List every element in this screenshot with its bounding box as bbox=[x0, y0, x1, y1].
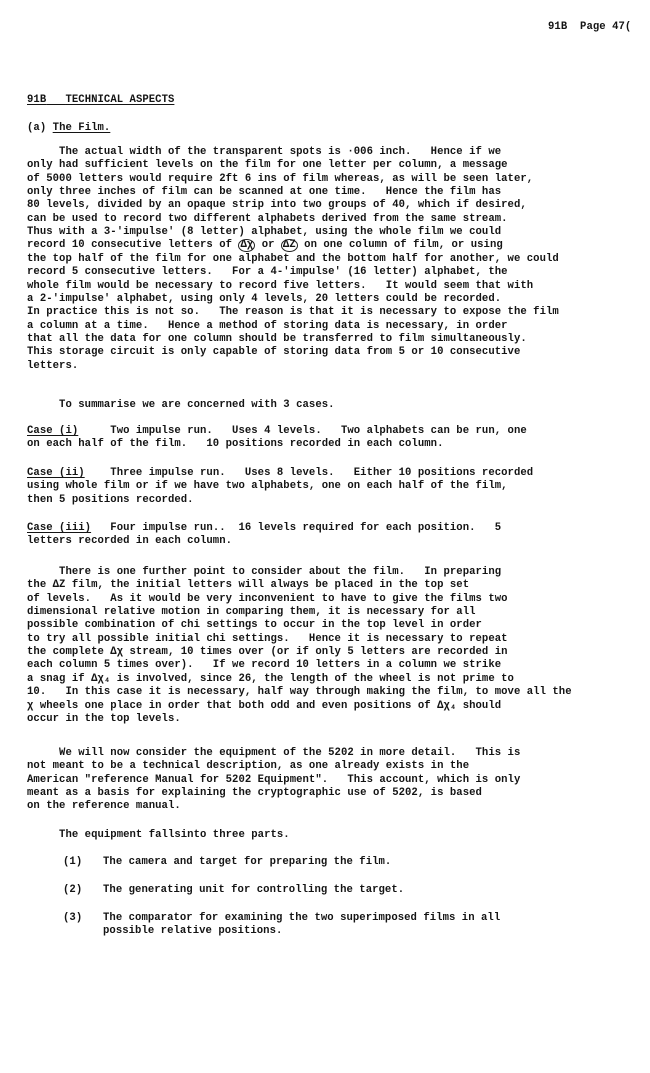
paragraph-line: a column at a time. Hence a method of st… bbox=[27, 320, 508, 333]
part-text: possible relative positions. bbox=[103, 925, 282, 937]
paragraph-line: each column 5 times over). If we record … bbox=[27, 659, 501, 672]
case-line: then 5 positions recorded. bbox=[27, 494, 194, 507]
paragraph-line: whole film would be necessary to record … bbox=[27, 280, 533, 293]
case-line: on each half of the film. 10 positions r… bbox=[27, 438, 443, 451]
equipment-part-line: (2)The generating unit for controlling t… bbox=[63, 884, 404, 897]
case-label: Case (i) bbox=[27, 425, 78, 437]
case-line: Case (iii) Four impulse run.. 16 levels … bbox=[27, 522, 501, 535]
part-text: The camera and target for preparing the … bbox=[103, 856, 391, 868]
section-title: TECHNICAL ASPECTS bbox=[65, 94, 174, 106]
subsection-heading: (a) The Film. bbox=[27, 122, 110, 134]
part-text: The generating unit for controlling the … bbox=[103, 884, 404, 896]
equipment-part-line: (3)The comparator for examining the two … bbox=[63, 912, 500, 925]
paragraph-line: The actual width of the transparent spot… bbox=[27, 146, 501, 159]
part-number: (1) bbox=[63, 856, 103, 869]
paragraph-line: Thus with a 3-'impulse' (8 letter) alpha… bbox=[27, 226, 501, 239]
paragraph-line: record 10 consecutive letters of Δχ or Δ… bbox=[27, 239, 503, 252]
paragraph-line: We will now consider the equipment of th… bbox=[27, 747, 520, 760]
paragraph-line: the complete Δχ stream, 10 times over (o… bbox=[27, 646, 508, 659]
paragraph-line: In practice this is not so. The reason i… bbox=[27, 306, 559, 319]
paragraph-line: This storage circuit is only capable of … bbox=[27, 346, 520, 359]
paragraph-line: letters. bbox=[27, 360, 78, 373]
paragraph-line: only three inches of film can be scanned… bbox=[27, 186, 501, 199]
equipment-part-line: (1)The camera and target for preparing t… bbox=[63, 856, 391, 869]
paragraph-line: a snag if Δχ₄ is involved, since 26, the… bbox=[27, 673, 514, 686]
case-line: Case (i) Two impulse run. Uses 4 levels.… bbox=[27, 425, 527, 438]
circled-symbol: Δχ bbox=[238, 239, 255, 252]
document-page: 91B Page 47( 91B TECHNICAL ASPECTS (a) T… bbox=[0, 0, 650, 1073]
summary-line: To summarise we are concerned with 3 cas… bbox=[27, 399, 335, 412]
section-heading: 91B TECHNICAL ASPECTS bbox=[27, 94, 174, 106]
subsection-title: The Film. bbox=[53, 122, 111, 134]
case-line: letters recorded in each column. bbox=[27, 535, 232, 548]
paragraph-line: to try all possible initial chi settings… bbox=[27, 633, 508, 646]
paragraph-line: χ wheels one place in order that both od… bbox=[27, 700, 501, 713]
paragraph-line: possible combination of chi settings to … bbox=[27, 619, 482, 632]
paragraph-line: meant as a basis for explaining the cryp… bbox=[27, 787, 482, 800]
case-line: Case (ii) Three impulse run. Uses 8 leve… bbox=[27, 467, 533, 480]
paragraph-line: of 5000 letters would require 2ft 6 ins … bbox=[27, 173, 533, 186]
section-number: 91B bbox=[27, 94, 46, 106]
page-reference: 91B Page 47( bbox=[548, 21, 631, 33]
paragraph-line: not meant to be a technical description,… bbox=[27, 760, 469, 773]
paragraph-line: a 2-'impulse' alphabet, using only 4 lev… bbox=[27, 293, 501, 306]
equipment-intro-line: The equipment fallsinto three parts. bbox=[27, 829, 290, 842]
paragraph-line: There is one further point to consider a… bbox=[27, 566, 501, 579]
case-label: Case (iii) bbox=[27, 522, 91, 534]
paragraph-line: dimensional relative motion in comparing… bbox=[27, 606, 476, 619]
paragraph-line: the ΔZ film, the initial letters will al… bbox=[27, 579, 469, 592]
paragraph-line: the top half of the film for one alphabe… bbox=[27, 253, 559, 266]
part-number: (3) bbox=[63, 912, 103, 925]
subsection-label: (a) bbox=[27, 122, 46, 134]
paragraph-line: of levels. As it would be very inconveni… bbox=[27, 593, 508, 606]
paragraph-line: on the reference manual. bbox=[27, 800, 181, 813]
circled-symbol: ΔZ bbox=[281, 239, 298, 252]
paragraph-line: American "reference Manual for 5202 Equi… bbox=[27, 774, 520, 787]
paragraph-line: occur in the top levels. bbox=[27, 713, 181, 726]
paragraph-line: only had sufficient levels on the film f… bbox=[27, 159, 508, 172]
part-number: (2) bbox=[63, 884, 103, 897]
paragraph-line: 80 levels, divided by an opaque strip in… bbox=[27, 199, 527, 212]
part-text: The comparator for examining the two sup… bbox=[103, 912, 500, 924]
paragraph-line: 10. In this case it is necessary, half w… bbox=[27, 686, 572, 699]
case-label: Case (ii) bbox=[27, 467, 85, 479]
equipment-part-line: possible relative positions. bbox=[63, 925, 282, 938]
paragraph-line: can be used to record two different alph… bbox=[27, 213, 508, 226]
paragraph-line: that all the data for one column should … bbox=[27, 333, 527, 346]
case-line: using whole film or if we have two alpha… bbox=[27, 480, 508, 493]
paragraph-line: record 5 consecutive letters. For a 4-'i… bbox=[27, 266, 508, 279]
